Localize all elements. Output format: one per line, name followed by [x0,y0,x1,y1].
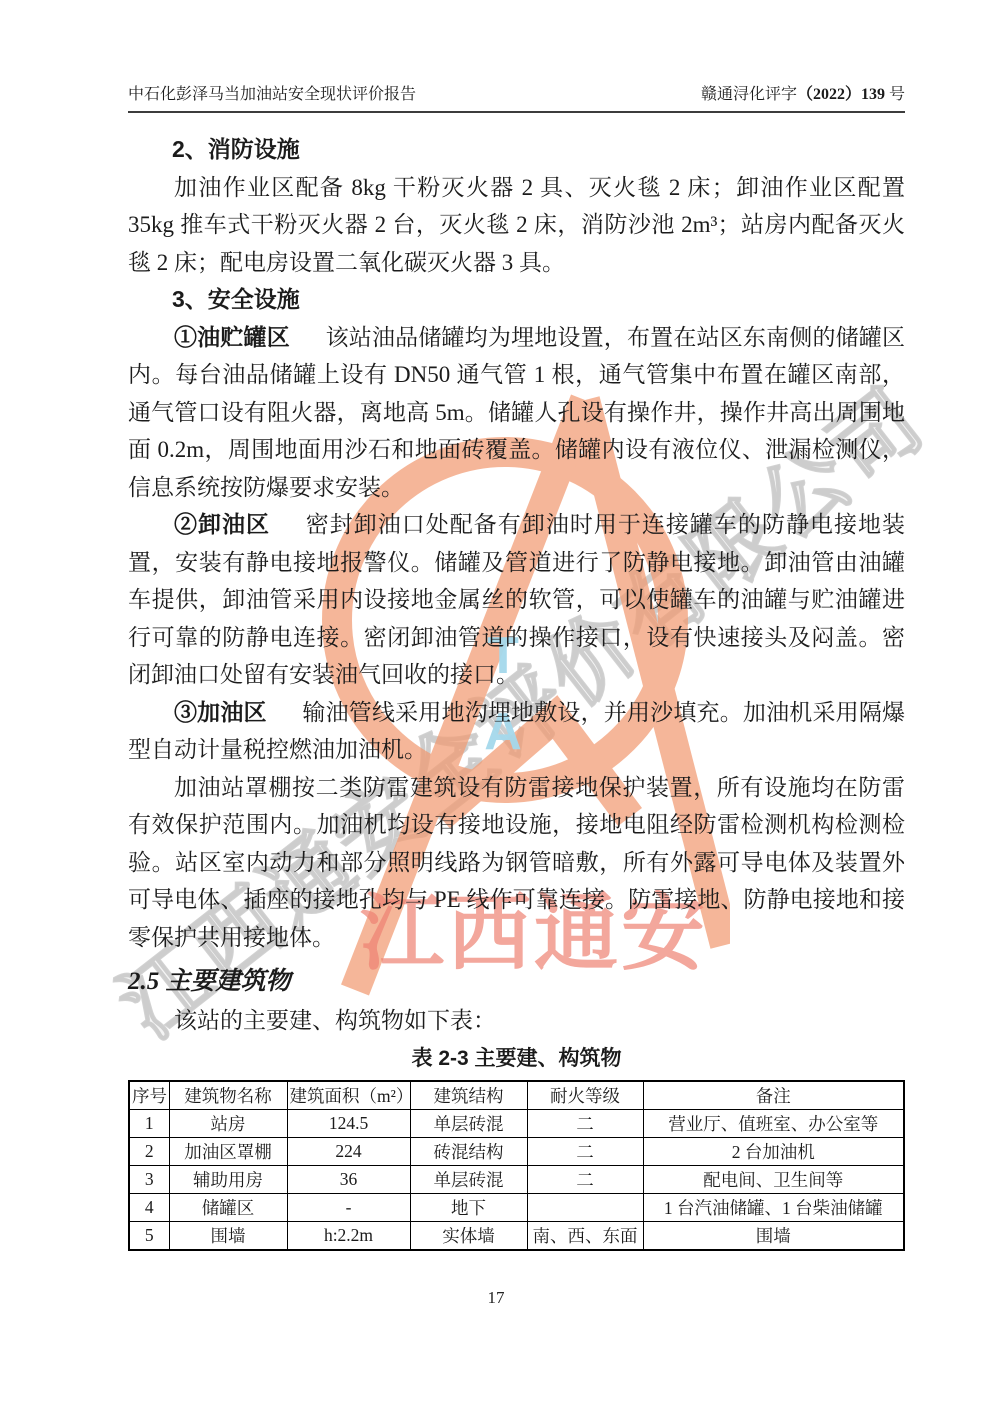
running-header: 中石化彭泽马当加油站安全现状评价报告 赣通浔化评字（2022）139 号 [128,84,905,113]
safety-item-text: 密封卸油口处配备有卸油时用于连接罐车的防静电接地装置，安装有静电接地报警仪。储罐… [128,512,905,687]
cell-structure: 地下 [410,1193,527,1221]
buildings-intro: 该站的主要建、构筑物如下表： [128,1002,905,1040]
col-header-area: 建筑面积（m²） [287,1081,410,1110]
doc-number-suffix: 号 [885,86,905,103]
table-row: 2 加油区罩棚 224 砖混结构 二 2 台加油机 [129,1137,904,1165]
cell-name: 加油区罩棚 [169,1137,287,1165]
cell-index: 1 [129,1109,169,1137]
cell-remarks: 1 台汽油储罐、1 台柴油储罐 [643,1193,904,1221]
document-page: 江西通安全评价有限公司 T A 江西通安 中石化彭泽马当加油站安全现状评价报告 … [0,0,992,1403]
col-header-fire-rating: 耐火等级 [527,1081,643,1110]
cell-area: 124.5 [287,1109,410,1137]
cell-index: 5 [129,1221,169,1250]
page-number: 17 [0,1288,992,1308]
cell-name: 围墙 [169,1221,287,1250]
col-header-remarks: 备注 [643,1081,904,1110]
col-header-name: 建筑物名称 [169,1081,287,1110]
safety-item-label: ②卸油区 [174,511,270,537]
cell-name: 辅助用房 [169,1165,287,1193]
col-header-structure: 建筑结构 [410,1081,527,1110]
cell-remarks: 配电间、卫生间等 [643,1165,904,1193]
cell-index: 2 [129,1137,169,1165]
cell-structure: 实体墙 [410,1221,527,1250]
cell-fire-rating [527,1193,643,1221]
section-fire-title: 2、消防设施 [128,131,905,169]
cell-fire-rating: 二 [527,1165,643,1193]
cell-remarks: 围墙 [643,1221,904,1250]
cell-index: 4 [129,1193,169,1221]
cell-area: - [287,1193,410,1221]
cell-name: 储罐区 [169,1193,287,1221]
table-row: 1 站房 124.5 单层砖混 二 营业厅、值班室、办公室等 [129,1109,904,1137]
table-row: 4 储罐区 - 地下 1 台汽油储罐、1 台柴油储罐 [129,1193,904,1221]
header-doc-number: 赣通浔化评字（2022）139 号 [701,84,905,106]
section-buildings-heading: 2.5 主要建筑物 [128,964,905,1000]
buildings-table: 序号 建筑物名称 建筑面积（m²） 建筑结构 耐火等级 备注 1 站房 124.… [128,1080,905,1251]
cell-structure: 单层砖混 [410,1165,527,1193]
section-safety-title: 3、安全设施 [128,281,905,319]
cell-remarks: 营业厅、值班室、办公室等 [643,1109,904,1137]
table-row: 5 围墙 h:2.2m 实体墙 南、西、东面 围墙 [129,1221,904,1250]
cell-fire-rating: 二 [527,1137,643,1165]
page-content: 中石化彭泽马当加油站安全现状评价报告 赣通浔化评字（2022）139 号 2、消… [128,84,905,1251]
header-report-title: 中石化彭泽马当加油站安全现状评价报告 [128,84,416,106]
table-row: 3 辅助用房 36 单层砖混 二 配电间、卫生间等 [129,1165,904,1193]
doc-number-value: （2022）139 [797,86,885,103]
safety-item-unloading-area: ②卸油区密封卸油口处配备有卸油时用于连接罐车的防静电接地装置，安装有静电接地报警… [128,506,905,694]
cell-area: 224 [287,1137,410,1165]
table-header-row: 序号 建筑物名称 建筑面积（m²） 建筑结构 耐火等级 备注 [129,1081,904,1110]
cell-fire-rating: 南、西、东面 [527,1221,643,1250]
cell-area: h:2.2m [287,1221,410,1250]
cell-area: 36 [287,1165,410,1193]
cell-index: 3 [129,1165,169,1193]
cell-structure: 单层砖混 [410,1109,527,1137]
cell-fire-rating: 二 [527,1109,643,1137]
table-2-3-title: 表 2-3 主要建、构筑物 [128,1042,905,1076]
cell-name: 站房 [169,1109,287,1137]
section-fire-paragraph: 加油作业区配备 8kg 干粉灭火器 2 具、灭火毯 2 床；卸油作业区配置 35… [128,169,905,282]
safety-item-refueling-area: ③加油区输油管线采用地沟埋地敷设，并用沙填充。加油机采用隔爆型自动计量税控燃油加… [128,694,905,769]
doc-number-prefix: 赣通浔化评字 [701,86,797,103]
lightning-protection-paragraph: 加油站罩棚按二类防雷建筑设有防雷接地保护装置，所有设施均在防雷有效保护范围内。加… [128,769,905,957]
safety-item-label: ③加油区 [174,699,267,725]
cell-remarks: 2 台加油机 [643,1137,904,1165]
safety-item-text: 该站油品储罐均为埋地设置，布置在站区东南侧的储罐区内。每台油品储罐上设有 DN5… [128,325,905,500]
safety-item-label: ①油贮罐区 [174,324,290,350]
document-body: 2、消防设施 加油作业区配备 8kg 干粉灭火器 2 具、灭火毯 2 床；卸油作… [128,131,905,1251]
safety-item-tank-area: ①油贮罐区该站油品储罐均为埋地设置，布置在站区东南侧的储罐区内。每台油品储罐上设… [128,319,905,507]
cell-structure: 砖混结构 [410,1137,527,1165]
col-header-index: 序号 [129,1081,169,1110]
